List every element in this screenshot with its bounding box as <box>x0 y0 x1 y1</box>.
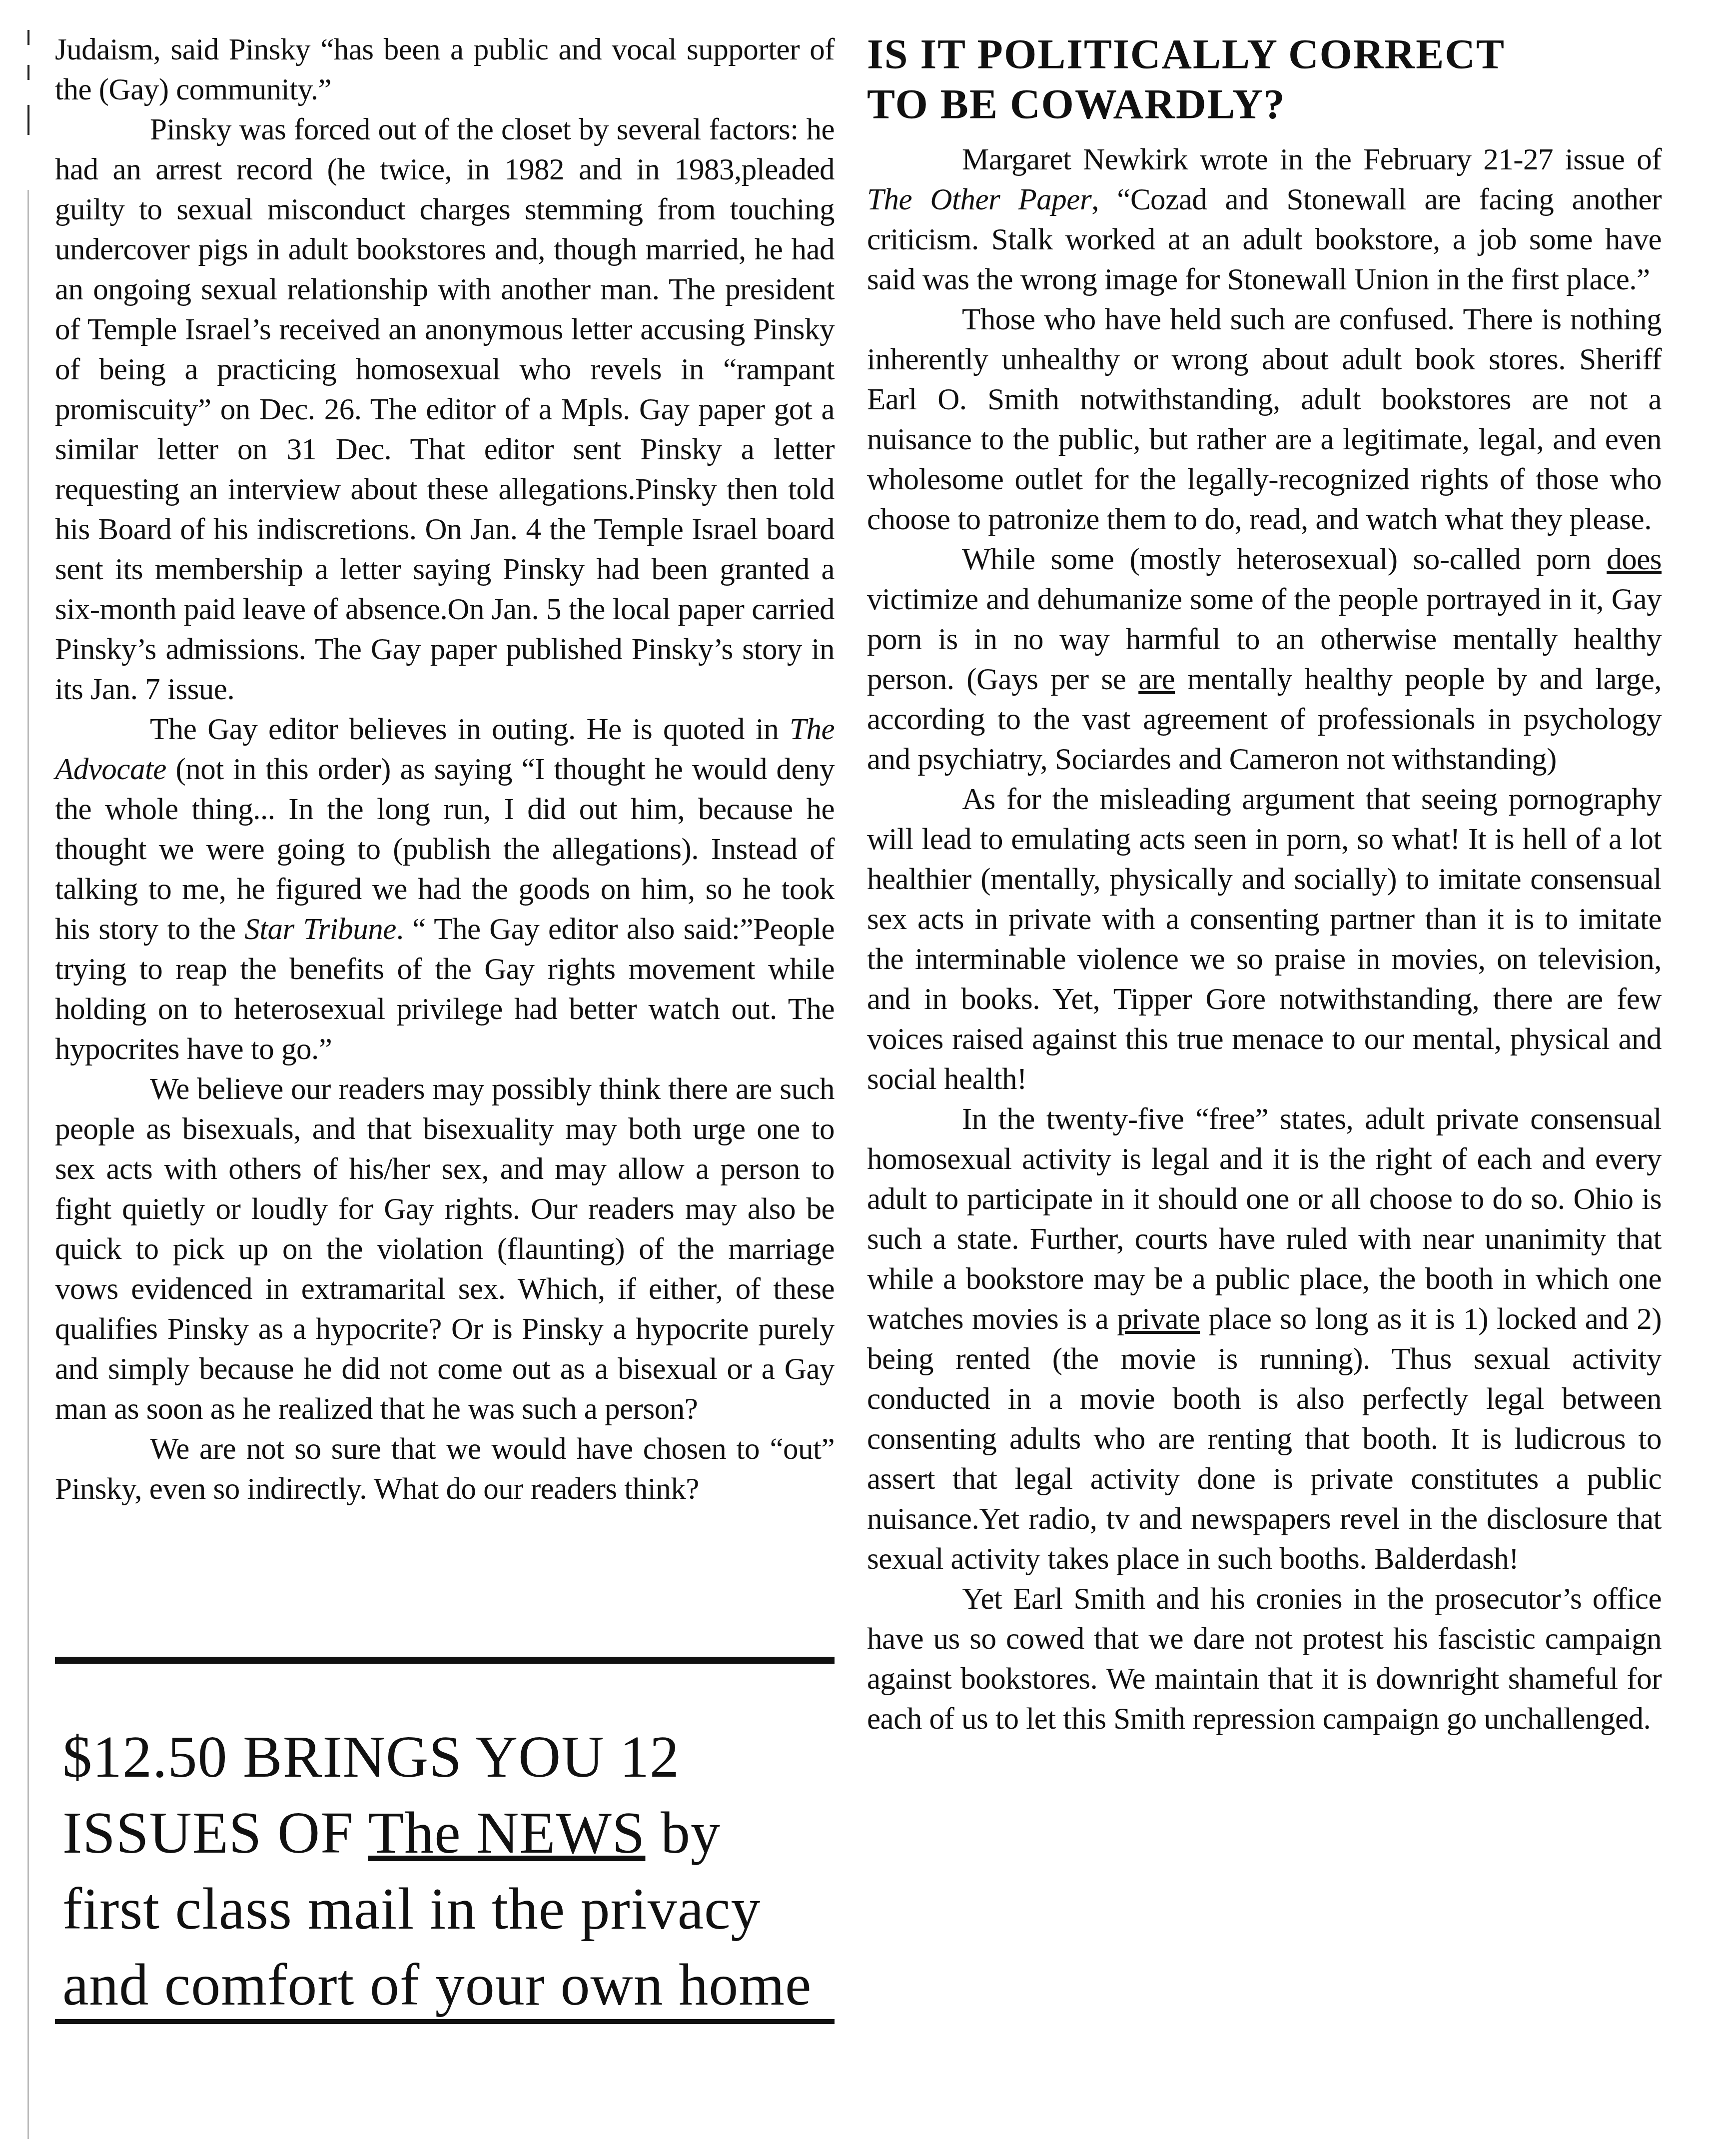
ad-text: ISSUES OF <box>62 1800 368 1866</box>
newsletter-title: The NEWS <box>368 1800 645 1866</box>
headline-line: TO BE COWARDLY? <box>867 80 1662 130</box>
ad-line: and comfort of your own home <box>62 1947 842 2023</box>
text-segment: The Gay editor believes in outing. He is… <box>150 713 790 746</box>
emphasis: are <box>1138 663 1175 696</box>
publication-title: The Other Paper <box>867 183 1091 216</box>
left-column-article: Judaism, said Pinsky “has been a public … <box>55 30 835 1509</box>
divider-rule <box>55 1657 835 1664</box>
headline-line: IS IT POLITICALLY CORRECT <box>867 30 1662 80</box>
paragraph: We believe our readers may possibly thin… <box>55 1070 835 1429</box>
ad-text: by <box>645 1800 721 1866</box>
emphasis: does <box>1607 543 1662 576</box>
subscription-advertisement: $12.50 BRINGS YOU 12 ISSUES OF The NEWS … <box>62 1719 842 2023</box>
margin-mark <box>27 30 29 45</box>
paragraph: Those who have held such are confused. T… <box>867 300 1662 540</box>
paragraph: As for the misleading argument that seei… <box>867 780 1662 1099</box>
paragraph: The Gay editor believes in outing. He is… <box>55 710 835 1070</box>
text-segment: Margaret Newkirk wrote in the February 2… <box>962 143 1662 176</box>
paragraph: Pinsky was forced out of the closet by s… <box>55 110 835 710</box>
text-segment: In the twenty-five “free” states, adult … <box>867 1102 1662 1336</box>
paragraph: While some (mostly heterosexual) so-call… <box>867 540 1662 780</box>
paragraph: Margaret Newkirk wrote in the February 2… <box>867 140 1662 300</box>
margin-mark <box>27 105 29 135</box>
article-headline: IS IT POLITICALLY CORRECT TO BE COWARDLY… <box>867 30 1662 130</box>
ad-line: ISSUES OF The NEWS by <box>62 1795 842 1871</box>
ad-line: first class mail in the privacy <box>62 1871 842 1947</box>
ad-line: $12.50 BRINGS YOU 12 <box>62 1719 842 1795</box>
newsletter-page: Judaism, said Pinsky “has been a public … <box>0 0 1734 2156</box>
publication-title: Star Tribune <box>244 913 396 946</box>
emphasis: private <box>1117 1302 1200 1336</box>
text-segment: While some (mostly heterosexual) so-call… <box>962 543 1607 576</box>
paragraph: Yet Earl Smith and his cronies in the pr… <box>867 1579 1662 1739</box>
margin-edge <box>27 190 29 2139</box>
paragraph: In the twenty-five “free” states, adult … <box>867 1099 1662 1579</box>
paragraph: We are not so sure that we would have ch… <box>55 1429 835 1509</box>
margin-mark <box>27 65 29 80</box>
paragraph: Judaism, said Pinsky “has been a public … <box>55 30 835 110</box>
text-segment: place so long as it is 1) locked and 2) … <box>867 1302 1662 1576</box>
right-column-article: IS IT POLITICALLY CORRECT TO BE COWARDLY… <box>867 30 1662 1739</box>
